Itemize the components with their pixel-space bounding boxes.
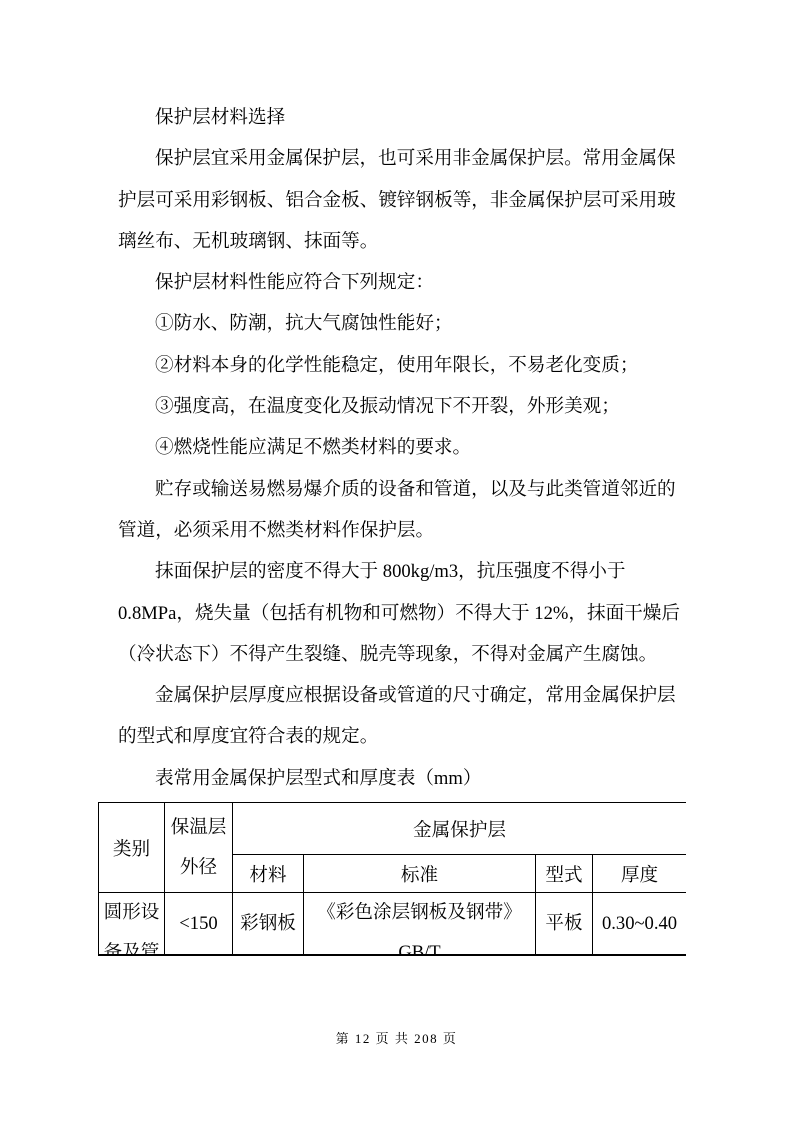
document-page: 保护层材料选择保护层宜采用金属保护层，也可采用非金属保护层。常用金属保护层可采用… [0,0,793,1122]
table-cell-standard-line2: GB/T [304,933,535,956]
table-header-insulation-od-line1: 保温层 [165,808,232,848]
text-line: ③强度高，在温度变化及振动情况下不开裂，外形美观； [118,386,676,427]
table-header-material: 材料 [233,855,304,893]
text-line: 保护层宜采用金属保护层，也可采用非金属保护层。常用金属保 [118,138,676,179]
table-clip-region: 类别 保温层 外径 金属保护层 材料 标准 型式 厚度 圆形设 备 [98,802,686,956]
table-cell-insulation-od: <150 [165,893,233,957]
table-cell-standard-line1: 《彩色涂层钢板及钢带》 [304,893,535,933]
table-cell-form: 平板 [536,893,593,957]
text-line: 0.8MPa，烧失量（包括有机物和可燃物）不得大于 12%，抹面干燥后 [118,593,676,634]
table-cell-material: 彩钢板 [233,893,304,957]
table-header-group-metal-layer: 金属保护层 [233,803,687,855]
table-cell-category: 圆形设 备及管 [99,893,165,957]
text-line: ①防水、防潮，抗大气腐蚀性能好； [118,303,676,344]
table-header-form: 型式 [536,855,593,893]
text-line: ④燃烧性能应满足不燃类材料的要求。 [118,427,676,468]
protective-layer-spec-table: 类别 保温层 外径 金属保护层 材料 标准 型式 厚度 圆形设 备 [98,802,686,956]
table-header-insulation-od: 保温层 外径 [165,803,233,893]
table-cell-thickness: 0.30~0.40 [593,893,687,957]
table-header-thickness: 厚度 [593,855,687,893]
text-line: 抹面保护层的密度不得大于 800kg/m3，抗压强度不得小于 [118,551,676,592]
text-line: （冷状态下）不得产生裂缝、脱壳等现象，不得对金属产生腐蚀。 [118,634,676,675]
text-line: 保护层材料选择 [118,97,676,138]
text-line: 护层可采用彩钢板、铝合金板、镀锌钢板等，非金属保护层可采用玻 [118,180,676,221]
text-line: 金属保护层厚度应根据设备或管道的尺寸确定，常用金属保护层 [118,675,676,716]
table-row: 圆形设 备及管 <150 彩钢板 《彩色涂层钢板及钢带》 GB/T 平板 0.3… [99,893,687,957]
table-header-insulation-od-line2: 外径 [165,848,232,888]
body-text: 保护层材料选择保护层宜采用金属保护层，也可采用非金属保护层。常用金属保护层可采用… [118,97,676,799]
text-line: 表常用金属保护层型式和厚度表（mm） [118,758,676,799]
text-line: 的型式和厚度宜符合表的规定。 [118,716,676,757]
content-area: 保护层材料选择保护层宜采用金属保护层，也可采用非金属保护层。常用金属保护层可采用… [118,97,676,956]
table-cell-category-line1: 圆形设 [99,893,164,933]
text-line: 保护层材料性能应符合下列规定： [118,262,676,303]
text-line: 璃丝布、无机玻璃钢、抹面等。 [118,221,676,262]
page-footer: 第 12 页 共 208 页 [0,1028,793,1047]
table-header-category: 类别 [99,803,165,893]
text-line: 贮存或输送易燃易爆介质的设备和管道，以及与此类管道邻近的 [118,469,676,510]
table-cell-standard: 《彩色涂层钢板及钢带》 GB/T [304,893,536,957]
text-line: ②材料本身的化学性能稳定，使用年限长，不易老化变质； [118,345,676,386]
table-header-standard: 标准 [304,855,536,893]
text-line: 管道，必须采用不燃类材料作保护层。 [118,510,676,551]
table-cell-category-line2: 备及管 [99,933,164,956]
